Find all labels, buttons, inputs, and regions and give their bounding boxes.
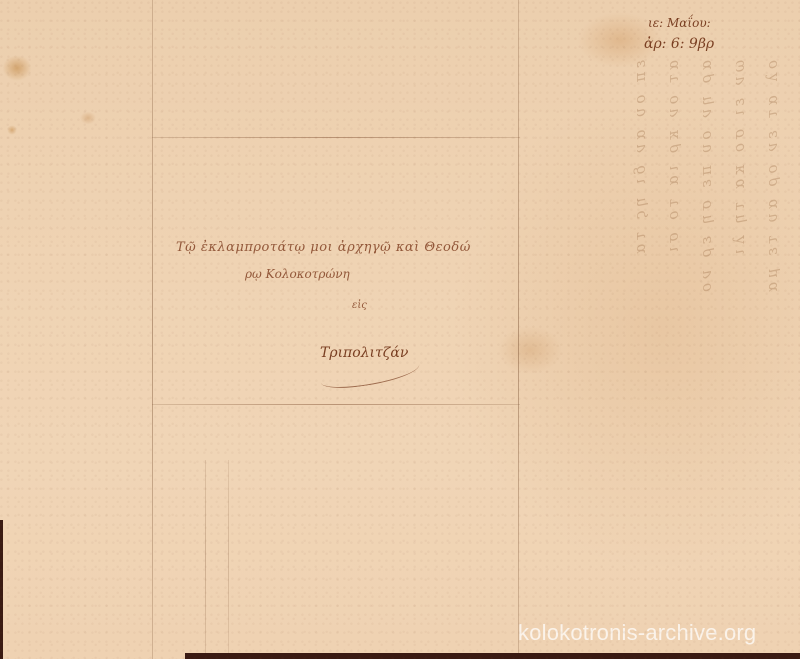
torn-edge-bottom <box>185 653 800 659</box>
address-line-3: εἰς <box>352 300 367 311</box>
address-line-1: Τῷ ἐκλαμπροτάτῳ μοι ἀρχηγῷ καὶ Θεοδώ <box>176 240 471 255</box>
watermark-text: kolokotronis-archive.org <box>518 620 756 646</box>
bleed-column: αρ ην ου πε ση ερ νο <box>699 60 714 600</box>
torn-edge-left <box>0 520 3 659</box>
archival-note-line-1: ιε: Μαΐου: <box>648 16 711 30</box>
bleed-column: επ ου αν δι ης τα <box>633 60 648 600</box>
fold-line-top <box>152 137 520 138</box>
fold-line-right <box>518 0 519 659</box>
bleed-through-text: ολ ατ εν ορ αυ τε μα ων ει σο κα τη λι α… <box>530 60 780 600</box>
archival-note-line-2: ἀρ: 6: 9βρ <box>644 36 714 52</box>
fold-line-inner <box>205 460 206 659</box>
fold-line-bottom <box>152 404 520 405</box>
fold-line-left <box>152 0 153 659</box>
bleed-column: ατ ον κρ ια το σι <box>666 60 681 600</box>
bleed-column: ολ ατ εν ορ αυ τε μα <box>765 60 780 600</box>
address-line-2: ρῳ Κολοκοτρώνη <box>245 267 350 281</box>
letter-sheet: ολ ατ εν ορ αυ τε μα ων ει σο κα τη λι α… <box>0 0 800 659</box>
fold-line-inner-2 <box>228 460 229 659</box>
bleed-column: ων ει σο κα τη λι <box>732 60 747 600</box>
